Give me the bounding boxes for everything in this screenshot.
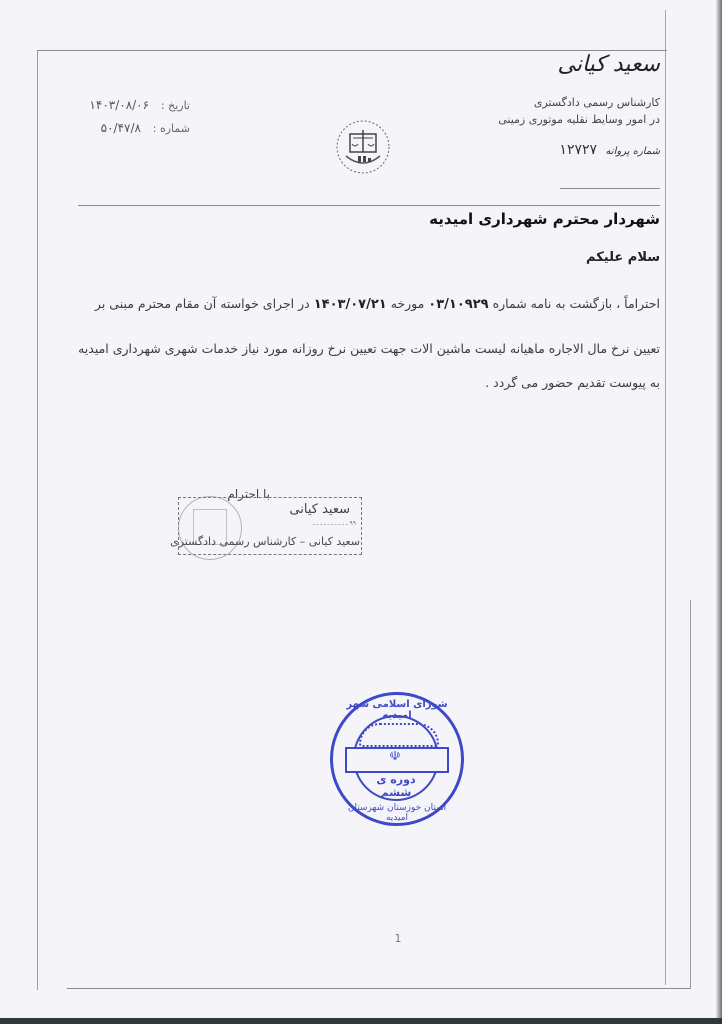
- city-council-stamp: شورای اسلامی شهر امیدیه ☫ دوره ی ششم است…: [330, 692, 464, 826]
- body-text: مورخه: [391, 296, 425, 311]
- page-number: 1: [388, 932, 408, 945]
- body-paragraph-line1: احتراماً ، بازگشت به نامه شماره ۰۳/۱۰۹۲۹…: [75, 296, 660, 312]
- header-divider-right: [560, 188, 660, 189]
- iran-emblem-icon: ☫: [385, 749, 405, 764]
- date-label: تاریخ :: [161, 99, 190, 112]
- frame-border-bottom: [67, 988, 691, 989]
- body-text: احتراماً ، بازگشت به نامه شماره: [493, 296, 660, 311]
- letterhead-title-line1: کارشناس رسمی دادگستری: [470, 96, 660, 109]
- header-divider: [78, 205, 660, 206]
- reference-date: ۱۴۰۳/۰۷/۲۱: [314, 297, 387, 312]
- frame-border-right: [665, 10, 666, 985]
- letter-number-row: شماره : ۵۰/۴۷/۸: [60, 121, 190, 135]
- stamp-small-print: ۹۹ ـ ـ ـ ـ ـ ـ ـ ـ ـ ـ: [200, 520, 356, 527]
- greeting: سلام علیکم: [520, 250, 660, 265]
- license-label: شماره پروانه: [605, 146, 660, 157]
- scan-bottom-edge: [0, 1018, 722, 1024]
- stamp-subtitle: سعید کیانی – کارشناس رسمی دادگستری: [110, 535, 360, 548]
- stamp-top-text: شورای اسلامی شهر امیدیه: [343, 699, 451, 721]
- frame-border-top: [37, 50, 667, 51]
- judiciary-emblem-icon: [334, 118, 392, 176]
- frame-border-left: [37, 50, 38, 990]
- letterhead-title-line2: در امور وسایط نقلیه موتوری زمینی: [430, 113, 660, 126]
- number-value: ۵۰/۴۷/۸: [101, 121, 141, 135]
- body-paragraph-line2: تعیین نرخ مال الاجاره ماهیانه لیست ماشین…: [75, 341, 660, 356]
- body-text: در اجرای خواسته آن مقام محترم مبنی بر: [95, 296, 310, 311]
- stamp-bottom-text: استان خوزستان شهرستان امیدیه: [343, 803, 451, 823]
- reference-number: ۰۳/۱۰۹۲۹: [428, 297, 488, 312]
- frame-border-right-outer: [690, 600, 691, 988]
- stamp-decoration: [359, 723, 439, 747]
- stamp-period-text: دوره ی ششم: [363, 773, 429, 799]
- scan-edge-shadow: [716, 0, 722, 1024]
- license-number-row: شماره پروانه ۱۲۷۲۷: [470, 142, 660, 158]
- letterhead-signature-name: سعید کیانی: [540, 52, 660, 77]
- addressee-heading: شهردار محترم شهرداری امیدیه: [360, 210, 660, 228]
- license-number: ۱۲۷۲۷: [559, 142, 597, 158]
- stamp-name: سعید کیانی: [230, 502, 350, 517]
- date-value: ۱۴۰۳/۰۸/۰۶: [89, 98, 149, 112]
- letter-date-row: تاریخ : ۱۴۰۳/۰۸/۰۶: [60, 98, 190, 112]
- body-paragraph-line3: به پیوست تقدیم حضور می گردد .: [75, 375, 660, 390]
- number-label: شماره :: [153, 122, 190, 135]
